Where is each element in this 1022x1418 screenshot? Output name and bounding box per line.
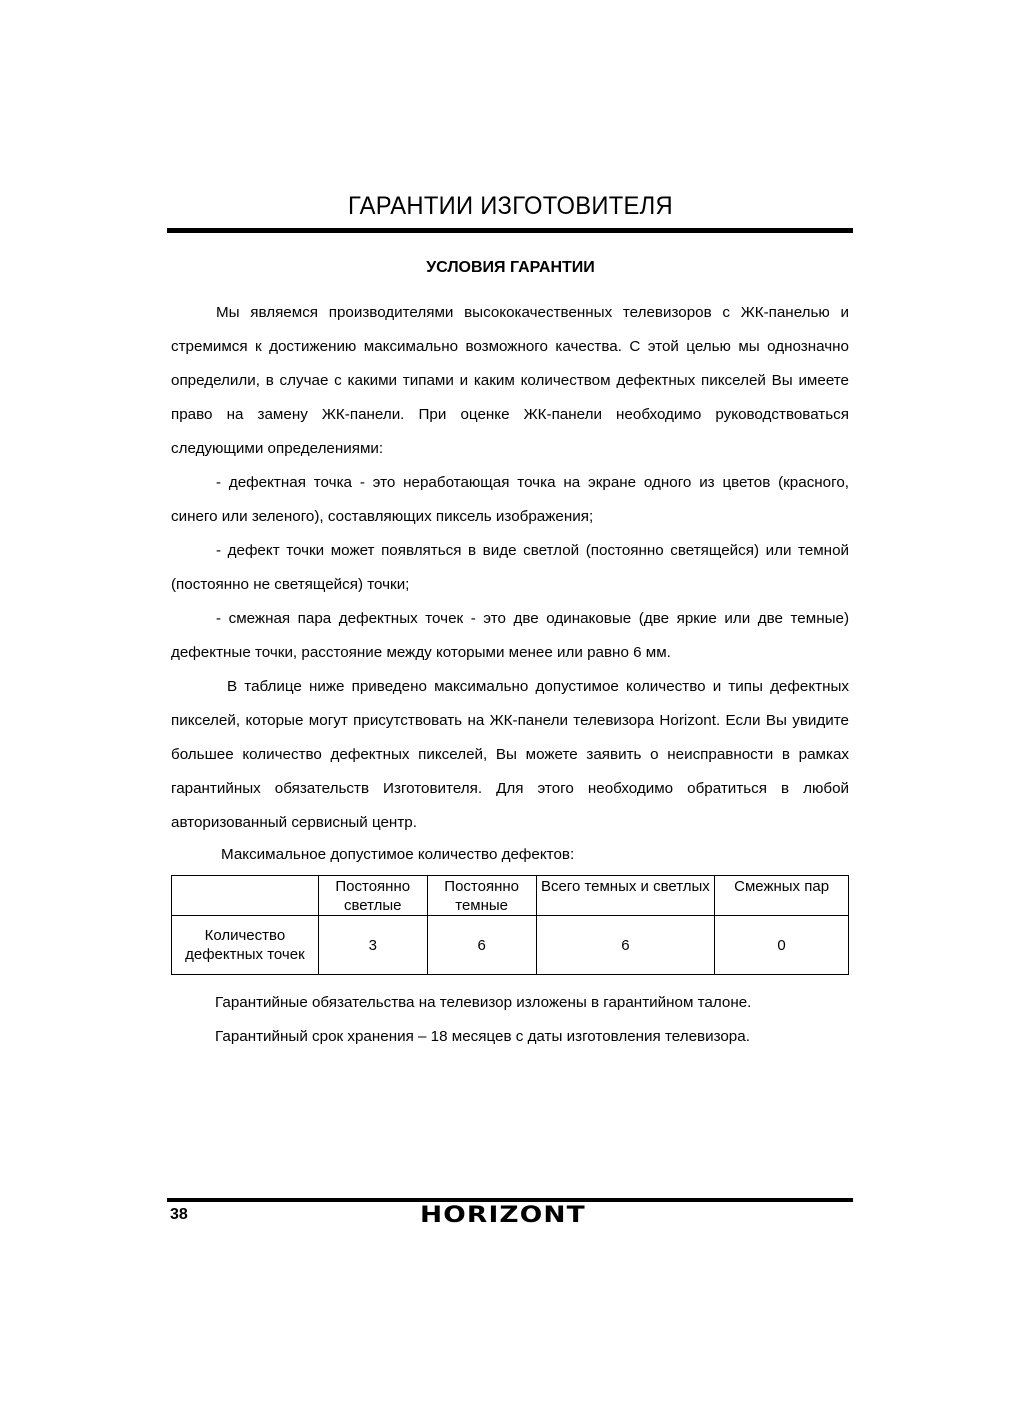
definition-dot-defect-type: - дефект точки может появляться в виде с… bbox=[171, 534, 849, 602]
table-intro-paragraph: В таблице ниже приведено максимально доп… bbox=[171, 670, 849, 840]
table-header-total: Всего темных и светлых bbox=[536, 876, 715, 916]
body-text: Мы являемся производителями высококачест… bbox=[171, 296, 849, 840]
table-header-empty bbox=[172, 876, 319, 916]
page-title: ГАРАНТИИ ИЗГОТОВИТЕЛЯ bbox=[185, 192, 836, 221]
table-caption: Максимальное допустимое количество дефек… bbox=[221, 846, 574, 863]
footer-rule bbox=[167, 1198, 853, 1202]
header-rule bbox=[167, 228, 853, 233]
section-title: УСЛОВИЯ ГАРАНТИИ bbox=[168, 259, 853, 277]
definition-adjacent-pair: - смежная пара дефектных точек - это две… bbox=[171, 602, 849, 670]
intro-paragraph: Мы являемся производителями высококачест… bbox=[171, 296, 849, 466]
table-cell-dark: 6 bbox=[427, 916, 536, 975]
table-row: Количество дефектных точек 3 6 6 0 bbox=[172, 916, 849, 975]
page-number: 38 bbox=[170, 1206, 188, 1224]
warranty-obligations-note: Гарантийные обязательства на телевизор и… bbox=[215, 986, 751, 1020]
warranty-storage-note: Гарантийный срок хранения – 18 месяцев с… bbox=[215, 1020, 751, 1054]
table-cell-total: 6 bbox=[536, 916, 715, 975]
table-header-adjacent: Смежных пар bbox=[715, 876, 849, 916]
table-cell-adjacent: 0 bbox=[715, 916, 849, 975]
table-header-dark: Постоянно темные bbox=[427, 876, 536, 916]
warranty-notes: Гарантийные обязательства на телевизор и… bbox=[215, 986, 751, 1054]
brand-logo: HORIZONT bbox=[420, 1203, 586, 1228]
definition-defective-dot: - дефектная точка - это неработающая точ… bbox=[171, 466, 849, 534]
table-cell-bright: 3 bbox=[318, 916, 427, 975]
defects-table: Постоянно светлые Постоянно темные Всего… bbox=[171, 875, 849, 975]
table-row-label: Количество дефектных точек bbox=[172, 916, 319, 975]
table-header-bright: Постоянно светлые bbox=[318, 876, 427, 916]
table-header-row: Постоянно светлые Постоянно темные Всего… bbox=[172, 876, 849, 916]
